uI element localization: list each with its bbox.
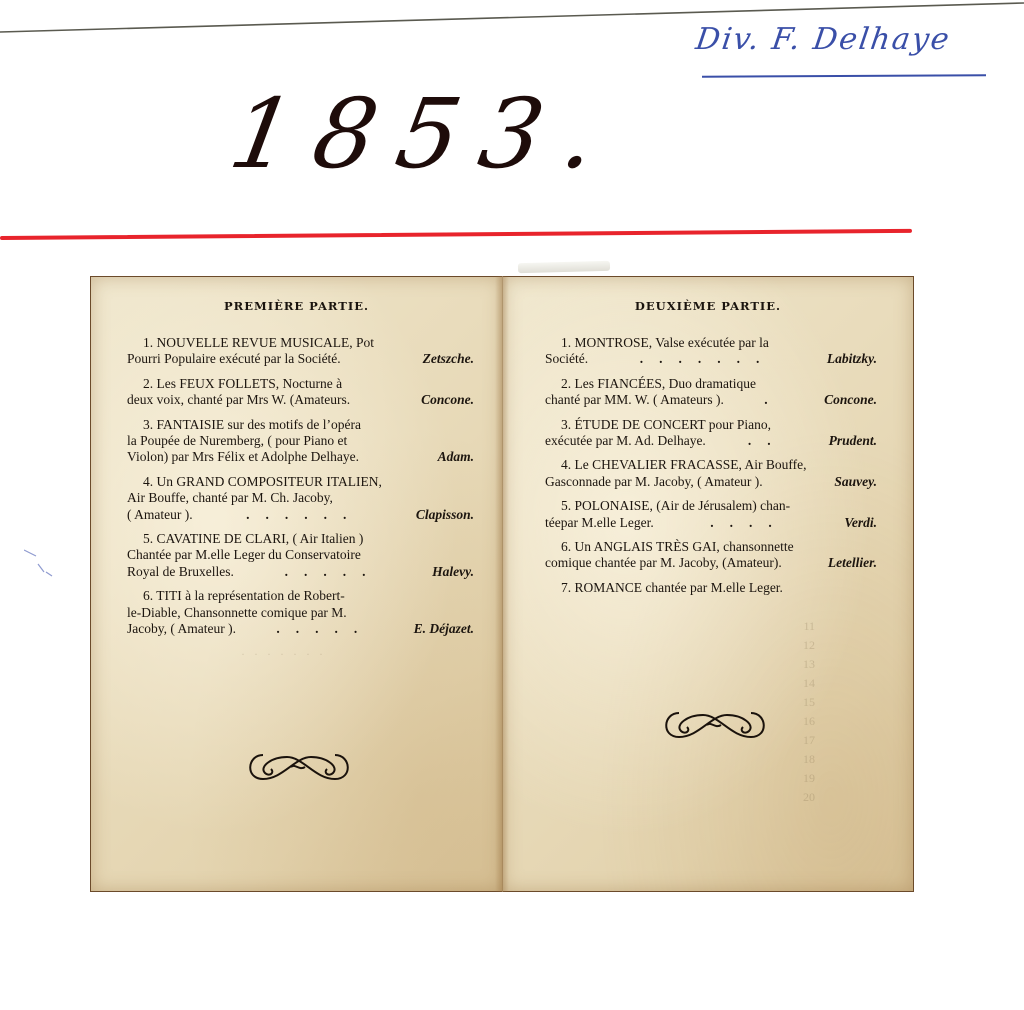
program-list: 1. MONTROSE, Valse exécutée par la Socié…: [503, 335, 913, 604]
entry-line: 7. ROMANCE chantée par M.elle Leger.: [545, 580, 877, 596]
leader-dots: ..: [706, 433, 829, 449]
entry-line: 6. TITI à la représentation de Robert-: [127, 588, 474, 604]
entry-line: chanté par MM. W. ( Amateurs ).: [545, 392, 724, 408]
leader-dots: ....: [654, 515, 845, 531]
composer-name: Verdi.: [844, 515, 877, 531]
entry-line: Air Bouffe, chanté par M. Ch. Jacoby,: [127, 490, 474, 506]
program-entry: 4. Un GRAND COMPOSITEUR ITALIEN, Air Bou…: [127, 474, 474, 523]
scroll-ornament-icon: [659, 707, 771, 743]
part-title-deuxieme: DEUXIÈME PARTIE.: [503, 299, 913, 313]
composer-name: Zetszche.: [423, 351, 474, 367]
program-list: 1. NOUVELLE REVUE MUSICALE, Pot Pourri P…: [91, 335, 502, 646]
entry-line: ( Amateur ).: [127, 507, 193, 523]
left-page: · · · · · · · PREMIÈRE PARTIE. 1. NOUVEL…: [90, 276, 502, 892]
ghost-number: 20: [803, 788, 815, 807]
entry-line: le-Diable, Chansonnette comique par M.: [127, 605, 474, 621]
red-rule-divider: [0, 229, 912, 240]
entry-line: 1. NOUVELLE REVUE MUSICALE, Pot: [127, 335, 474, 351]
entry-line: 1. MONTROSE, Valse exécutée par la: [545, 335, 877, 351]
entry-line: téepar M.elle Leger.: [545, 515, 654, 531]
ghost-number: 17: [803, 731, 815, 750]
entry-line: 2. Les FIANCÉES, Duo dramatique: [545, 376, 877, 392]
entry-line: 2. Les FEUX FOLLETS, Nocturne à: [127, 376, 474, 392]
entry-line: 3. FANTAISIE sur des motifs de l’opéra: [127, 417, 474, 433]
program-entry: 3. ÉTUDE DE CONCERT pour Piano, exécutée…: [545, 417, 877, 450]
entry-line: Royal de Bruxelles.: [127, 564, 234, 580]
ghost-number: 15: [803, 693, 815, 712]
scroll-ornament-icon: [243, 749, 355, 785]
entry-line: 5. POLONAISE, (Air de Jérusalem) chan-: [545, 498, 877, 514]
ghost-bleed-numbers: 11 12 13 14 15 16 17 18 19 20: [803, 617, 815, 807]
entry-line: 6. Un ANGLAIS TRÈS GAI, chansonnette: [545, 539, 877, 555]
program-entry: 6. TITI à la représentation de Robert- l…: [127, 588, 474, 637]
entry-line: Violon) par Mrs Félix et Adolphe Delhaye…: [127, 449, 359, 465]
entry-line: 5. CAVATINE DE CLARI, ( Air Italien ): [127, 531, 474, 547]
entry-line: Gasconnade par M. Jacoby, ( Amateur ).: [545, 474, 763, 490]
composer-name: Adam.: [438, 449, 474, 465]
entry-line: exécutée par M. Ad. Delhaye.: [545, 433, 706, 449]
ghost-number: 11: [803, 617, 815, 636]
booklet-spine-fold: [495, 276, 509, 892]
ghost-number: 16: [803, 712, 815, 731]
program-entry: 2. Les FEUX FOLLETS, Nocturne à deux voi…: [127, 376, 474, 409]
entry-line: deux voix, chanté par Mrs W. (Amateurs.: [127, 392, 350, 408]
entry-line: 3. ÉTUDE DE CONCERT pour Piano,: [545, 417, 877, 433]
leader-dots: .....: [236, 621, 414, 637]
part-title-premiere: PREMIÈRE PARTIE.: [91, 299, 502, 313]
program-entry: 2. Les FIANCÉES, Duo dramatique chanté p…: [545, 376, 877, 409]
leader-dots: ......: [193, 507, 416, 523]
ghost-number: 14: [803, 674, 815, 693]
composer-name: Labitzky.: [827, 351, 877, 367]
ghost-number: 13: [803, 655, 815, 674]
program-entry: 1. MONTROSE, Valse exécutée par la Socié…: [545, 335, 877, 368]
annotation-underline: [702, 74, 986, 77]
entry-line: Jacoby, ( Amateur ).: [127, 621, 236, 637]
ghost-number: 18: [803, 750, 815, 769]
composer-name: Concone.: [421, 392, 474, 408]
program-entry: 1. NOUVELLE REVUE MUSICALE, Pot Pourri P…: [127, 335, 474, 368]
right-page: 11 12 13 14 15 16 17 18 19 20 DEUXIÈME P…: [502, 276, 914, 892]
program-entry: 5. POLONAISE, (Air de Jérusalem) chan- t…: [545, 498, 877, 531]
entry-line: Chantée par M.elle Leger du Conservatoir…: [127, 547, 474, 563]
entry-line: Pourri Populaire exécuté par la Société.: [127, 351, 341, 367]
program-entry: 7. ROMANCE chantée par M.elle Leger.: [545, 580, 877, 596]
composer-name: Prudent.: [829, 433, 877, 449]
entry-line: 4. Le CHEVALIER FRACASSE, Air Bouffe,: [545, 457, 877, 473]
composer-name: Clapisson.: [416, 507, 474, 523]
composer-name: Halevy.: [432, 564, 474, 580]
concert-program-booklet: · · · · · · · PREMIÈRE PARTIE. 1. NOUVEL…: [90, 276, 914, 892]
entry-line: la Poupée de Nuremberg, ( pour Piano et: [127, 433, 474, 449]
ghost-number: 12: [803, 636, 815, 655]
handwritten-year: 1853.: [224, 86, 626, 182]
entry-line: comique chantée par M. Jacoby, (Amateur)…: [545, 555, 782, 571]
composer-name: E. Déjazet.: [414, 621, 474, 637]
program-entry: 3. FANTAISIE sur des motifs de l’opéra l…: [127, 417, 474, 466]
composer-name: Concone.: [824, 392, 877, 408]
leader-dots: .......: [588, 351, 827, 367]
ghost-bleed-text: · · · · · · ·: [241, 647, 326, 662]
entry-line: 4. Un GRAND COMPOSITEUR ITALIEN,: [127, 474, 474, 490]
entry-line: Société.: [545, 351, 588, 367]
ghost-number: 19: [803, 769, 815, 788]
stray-pen-mark: [24, 548, 54, 578]
program-entry: 5. CAVATINE DE CLARI, ( Air Italien ) Ch…: [127, 531, 474, 580]
composer-name: Sauvey.: [834, 474, 877, 490]
leader-dots: .: [724, 392, 824, 408]
program-entry: 6. Un ANGLAIS TRÈS GAI, chansonnette com…: [545, 539, 877, 572]
composer-name: Letellier.: [828, 555, 877, 571]
leader-dots: .....: [234, 564, 432, 580]
handwritten-annotation: Div. F. Delhaye: [694, 22, 954, 57]
tape-strip: [518, 261, 610, 273]
program-entry: 4. Le CHEVALIER FRACASSE, Air Bouffe, Ga…: [545, 457, 877, 490]
